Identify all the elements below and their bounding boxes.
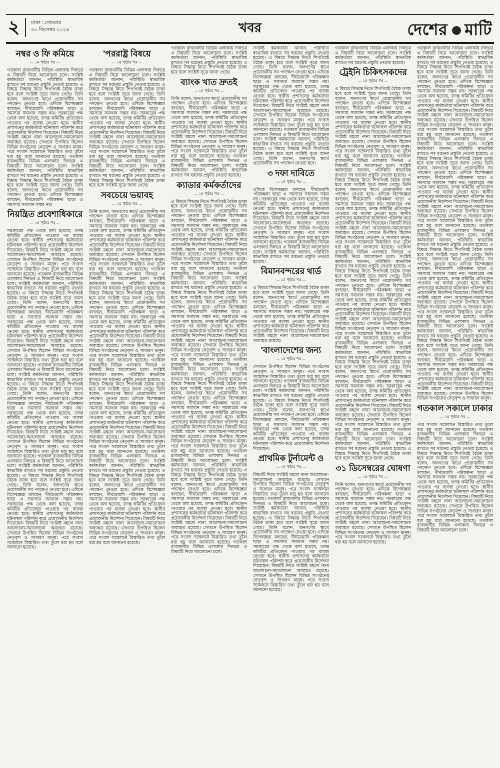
masthead-word-left: দেশের <box>407 17 448 44</box>
top-rule <box>6 14 494 15</box>
newspaper-page: ২ ঢাকা : সোমবার ৩০ ডিসেম্বর ২০২৪ খবর দেশ… <box>0 0 500 768</box>
article-text: এ বিষয়ে সিদ্ধান্ত নিতে শিগগিরই বৈঠক ডাক… <box>335 87 411 461</box>
continued-from-page1-label: ১ম পৃষ্ঠার পর <box>171 191 247 198</box>
continued-from-page1-label: ১ম পৃষ্ঠার পর <box>335 474 411 481</box>
article-headline: ক্যাডার কর্মকর্তাদের <box>171 180 247 190</box>
continued-from-page1-label: ১ম পৃষ্ঠার পর <box>171 88 247 95</box>
masthead: দেশের মাটি <box>407 17 492 44</box>
header-left: ২ ঢাকা : সোমবার ৩০ ডিসেম্বর ২০২৪ <box>8 17 69 37</box>
continued-from-page1-label: ১ম পৃষ্ঠার পর <box>253 277 329 284</box>
article-text: গতকাল রাজধানীর বিভিন্ন এলাকায় দিনভর এ ব… <box>335 46 411 65</box>
article-headline: নিয়ন্ত্রিত প্রবেশাধিকারে <box>7 210 83 220</box>
continued-from-page1-label: ১ম পৃষ্ঠার পর <box>7 60 83 67</box>
header-divider <box>25 18 26 37</box>
masthead-dot-icon <box>452 26 461 35</box>
column-content: গতকাল রাজধানীর বিভিন্ন এলাকায় দিনভর এ ব… <box>171 46 247 554</box>
article-text: এদিকে বিশেষজ্ঞরা বলছেন, দীর্ঘমেয়াদি পরি… <box>253 187 329 264</box>
article-text: এ বিষয়ে সিদ্ধান্ত নিতে শিগগিরই বৈঠক ডাক… <box>171 199 247 554</box>
continued-from-page1-label: ১ম পৃষ্ঠার পর <box>89 201 165 208</box>
column-1: নম্বর ও ফি কমিয়ে১ম পৃষ্ঠার পরগতকাল রাজধ… <box>7 46 83 765</box>
article-headline: প্রাথমিক টুর্নামেন্ট ও <box>253 454 329 464</box>
article-text: বিষয়টি নিয়ে সংশ্লিষ্ট মহলে নানা আলোচনা… <box>253 473 329 593</box>
article-text: এ বিষয়ে সিদ্ধান্ত নিতে শিগগিরই বৈঠক ডাক… <box>253 286 329 344</box>
column-content: 'পররাষ্ট্র বিষয়ে১ম পৃষ্ঠার পরগতকাল রাজধ… <box>89 49 165 545</box>
continued-from-page1-label: ১ম পৃষ্ঠার পর <box>89 60 165 67</box>
article-headline: নম্বর ও ফি কমিয়ে <box>7 49 83 59</box>
columns: নম্বর ও ফি কমিয়ে১ম পৃষ্ঠার পরগতকাল রাজধ… <box>7 46 493 765</box>
article-text: গতকাল রাজধানীর বিভিন্ন এলাকায় দিনভর এ ব… <box>417 46 493 401</box>
article-text: সরকারের পক্ষ থেকে বলা হয়েছে, তদন্ত কমিট… <box>7 229 83 550</box>
column-4: সংশ্লিষ্ট কর্মকর্তারা জানান, পরিস্থিতি স… <box>253 46 329 765</box>
dateline-city-day: ঢাকা : সোমবার <box>31 20 61 26</box>
article-headline: গতকাল সকালে ঢাকার <box>417 403 493 413</box>
article-text: গতকাল রাজধানীর বিভিন্ন এলাকায় দিনভর এ ব… <box>89 68 165 188</box>
continued-from-page1-label: ১ম পৃষ্ঠার পর <box>253 179 329 186</box>
continued-from-page1-label: ১ম পৃষ্ঠার পর <box>7 220 83 227</box>
article-text: পরে সংবাদ সম্মেলনে বিস্তারিত তথ্য তুলে ধ… <box>417 422 493 532</box>
column-6: গতকাল রাজধানীর বিভিন্ন এলাকায় দিনভর এ ব… <box>417 46 493 765</box>
article-text: গতকাল রাজধানীর বিভিন্ন এলাকায় দিনভর এ ব… <box>7 68 83 207</box>
column-5: গতকাল রাজধানীর বিভিন্ন এলাকায় দিনভর এ ব… <box>335 46 411 765</box>
page-number: ২ <box>8 17 20 37</box>
continued-from-page1-label: ১ম পৃষ্ঠার পর <box>417 414 493 421</box>
continued-from-page1-label: ১ম পৃষ্ঠার পর <box>253 356 329 363</box>
article-headline: সবচেয়ে ভয়াবহ <box>89 190 165 200</box>
article-headline: ৩১ ডিসেম্বরের ঘোষণা <box>335 463 411 473</box>
column-content: গতকাল রাজধানীর বিভিন্ন এলাকায় দিনভর এ ব… <box>335 46 411 545</box>
article-headline: ট্রেইনি চিকিৎসকদের <box>335 68 411 78</box>
masthead-word-right: মাটি <box>465 17 492 44</box>
section-title: খবর <box>239 19 262 40</box>
dateline-date: ৩০ ডিসেম্বর ২০২৪ <box>31 27 69 33</box>
continued-from-page1-label: ১ম পৃষ্ঠার পর <box>335 78 411 85</box>
article-text: তিনি বলেন, জনগণের স্বার্থে প্রয়োজনীয় স… <box>171 96 247 178</box>
article-text: গতকাল রাজধানীর বিভিন্ন এলাকায় দিনভর এ ব… <box>171 46 247 75</box>
column-2: 'পররাষ্ট্র বিষয়ে১ম পৃষ্ঠার পরগতকাল রাজধ… <box>89 46 165 765</box>
article-text: তিনি বলেন, জনগণের স্বার্থে প্রয়োজনীয় স… <box>335 482 411 544</box>
article-headline: ব্যাংক খাত দ্রুতই <box>171 77 247 87</box>
article-headline: 'বাংলাদেশের জন্য <box>253 346 329 356</box>
header-rule <box>6 42 494 44</box>
page-header: ২ ঢাকা : সোমবার ৩০ ডিসেম্বর ২০২৪ খবর দেশ… <box>8 16 492 41</box>
article-headline: ৩ দফা দাবিতে <box>253 168 329 178</box>
article-text: তিনি বলেন, জনগণের স্বার্থে প্রয়োজনীয় স… <box>89 209 165 545</box>
column-content: গতকাল রাজধানীর বিভিন্ন এলাকায় দিনভর এ ব… <box>417 46 493 533</box>
article-headline: 'পররাষ্ট্র বিষয়ে <box>89 49 165 59</box>
column-content: সংশ্লিষ্ট কর্মকর্তারা জানান, পরিস্থিতি স… <box>253 46 329 593</box>
continued-from-page1-label: ১ম পৃষ্ঠার পর <box>253 464 329 471</box>
dateline: ঢাকা : সোমবার ৩০ ডিসেম্বর ২০২৪ <box>31 20 69 34</box>
article-headline: বিমানবন্দরের থার্ড <box>253 267 329 277</box>
article-text: সংশ্লিষ্ট কর্মকর্তারা জানান, পরিস্থিতি স… <box>253 46 329 166</box>
column-content: নম্বর ও ফি কমিয়ে১ম পৃষ্ঠার পরগতকাল রাজধ… <box>7 49 83 550</box>
article-text: সেখানে উপস্থিত ছিলেন বিভিন্ন সংগঠনের নেত… <box>253 365 329 451</box>
column-3: গতকাল রাজধানীর বিভিন্ন এলাকায় দিনভর এ ব… <box>171 46 247 765</box>
